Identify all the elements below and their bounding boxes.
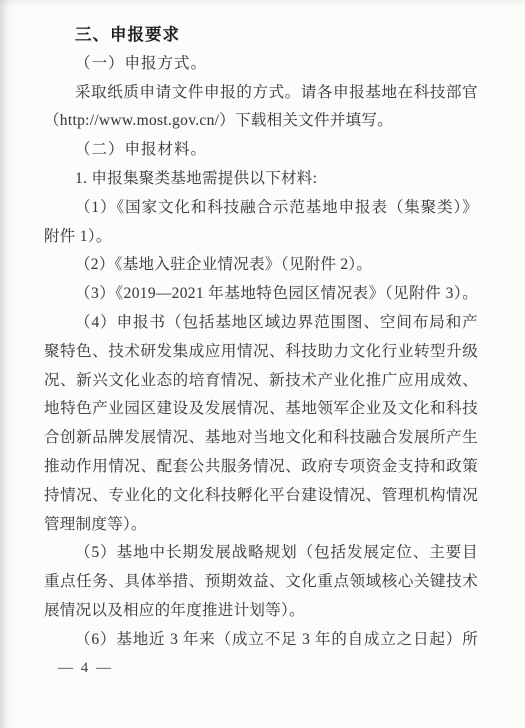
list-item-1-line: （1）《国家文化和科技融合示范基地申报表（集聚类）》（见 — [44, 194, 478, 223]
list-item-4-line: 管理制度等）。 — [44, 511, 478, 540]
list-item-3-line: （3）《2019—2021 年基地特色园区情况表》（见附件 3）。 — [44, 280, 478, 309]
list-item-5-line: （5）基地中长期发展战略规划（包括发展定位、主要目标、 — [44, 539, 478, 568]
list-item-4-line: 合创新品牌发展情况、基地对当地文化和科技融合发展所产生的 — [44, 424, 478, 453]
list-item-4-line: 地特色产业园区建设及发展情况、基地领军企业及文化和科技融 — [44, 395, 478, 424]
document-page: 三、申报要求 （一）申报方式。 采取纸质申请文件申报的方式。请各申报基地在科技部… — [0, 0, 525, 728]
list-item-2-line: （2）《基地入驻企业情况表》（见附件 2）。 — [44, 251, 478, 280]
list-item-1-line: 附件 1）。 — [44, 223, 478, 252]
scan-top-shadow — [0, 0, 525, 6]
paragraph-line-url: （http://www.most.gov.cn/）下载相关文件并填写。 — [44, 107, 478, 136]
list-item-6-line: （6）基地近 3 年来（成立不足 3 年的自成立之日起）所获 — [44, 626, 478, 655]
list-item-5-line: 重点任务、具体举措、预期效益、文化重点领域核心关键技术进 — [44, 568, 478, 597]
list-item-4-line: （4）申报书（包括基地区域边界范围图、空间布局和产业集 — [44, 309, 478, 338]
document-body: 三、申报要求 （一）申报方式。 采取纸质申请文件申报的方式。请各申报基地在科技部… — [44, 21, 478, 655]
section-heading: 三、申报要求 — [44, 21, 478, 50]
list-item-4-line: 持情况、专业化的文化科技孵化平台建设情况、管理机构情况及 — [44, 482, 478, 511]
list-item-4-line: 推动作用情况、配套公共服务情况、政府专项资金支持和政策支 — [44, 453, 478, 482]
page-number: — 4 — — [58, 660, 113, 677]
list-item-4-line: 聚特色、技术研发集成应用情况、科技助力文化行业转型升级情 — [44, 338, 478, 367]
subsection-heading-application-method: （一）申报方式。 — [44, 50, 478, 79]
list-item-5-line: 展情况以及相应的年度推进计划等）。 — [44, 597, 478, 626]
list-intro-line: 1. 申报集聚类基地需提供以下材料: — [44, 165, 478, 194]
paragraph-line: 采取纸质申请文件申报的方式。请各申报基地在科技部官网 — [44, 79, 478, 108]
list-item-4-line: 况、新兴文化业态的培育情况、新技术产业化推广应用成效、基 — [44, 367, 478, 396]
scan-edge-shadow — [0, 0, 16, 728]
subsection-heading-application-materials: （二）申报材料。 — [44, 136, 478, 165]
